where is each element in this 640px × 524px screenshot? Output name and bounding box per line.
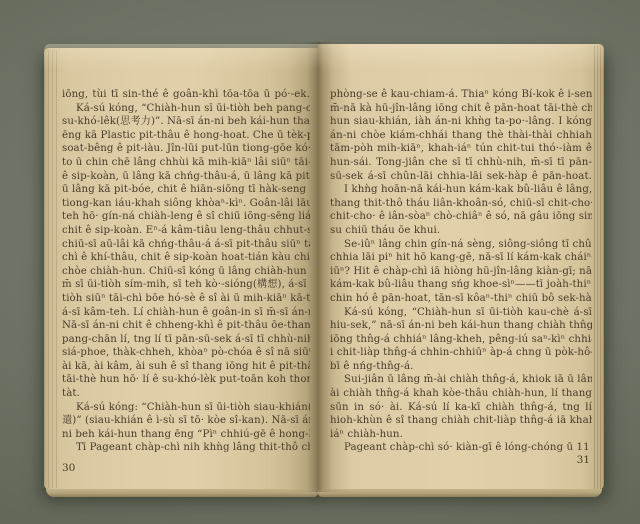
text-line: Ká-sú kóng, “Chiàh-hun sī ūi-tiòh beh pa… — [62, 102, 310, 116]
text-line: iōng, tùi tī sin-thé ê goân-khì tōa-tōa … — [62, 88, 310, 102]
text-line: Pageant chàp-chì só· kiàn-gī ê lóng-chón… — [330, 441, 592, 455]
text-line: i chit-liàp thn̂g-á chhin-chhiūⁿ àp-á ch… — [330, 346, 592, 360]
text-line: ū lâng kā pit-bóe, chit ê hiān-siōng tī … — [62, 183, 310, 197]
text-line: thang thit-thô tháu liân-khoân-só, chiū-… — [330, 197, 592, 211]
text-line: Se-iûⁿ lâng chin gín-ná sèng, siông-siôn… — [330, 238, 592, 252]
text-line: tàt. — [62, 387, 310, 401]
text-line: kám-kak bû-liâu thang sńg khoe-sìⁿ——tī j… — [330, 278, 592, 292]
text-line: Tī Pageant chàp-chì nih khǹg lâng thit-t… — [62, 441, 310, 455]
text-line: tiòh siūⁿ tāi-chì bōe hó-sè ê sî ài ū mi… — [62, 292, 310, 306]
text-line: Sui-jiân ū lâng m̄-ài chiàh thn̂g-á, khi… — [330, 373, 592, 387]
text-line: án-ni chòe kiám-chhái thang thè thài-thà… — [330, 129, 592, 143]
text-line: tāi-thè hun hō· lí ê su-khó-lèk put-toān… — [62, 373, 310, 387]
text-line: iáⁿ chiàh-hun. — [330, 428, 592, 442]
right-page: phòng-se ê kau-chiam-á. Thiaⁿ kóng Bí-ko… — [318, 44, 604, 490]
text-line: ê sip-koàn, ū lâng kā chńg-thâu-á, ū lân… — [62, 170, 310, 184]
text-line: ni beh kái-hun thang ēng “Pìⁿ chhiú-gē ê… — [62, 428, 310, 442]
text-line: ài kā, ài kâm, ài suh ê sî thang iōng hi… — [62, 360, 310, 374]
text-line: sū-sek á-sī chûn-lāi chhia-lāi sek-hàp ê… — [330, 170, 592, 184]
left-page: iōng, tùi tī sin-thé ê goân-khì tōa-tōa … — [44, 48, 318, 490]
text-line: hioh-khùn ê sî thang chiàh chit-liàp thn… — [330, 414, 592, 428]
right-page-text: phòng-se ê kau-chiam-á. Thiaⁿ kóng Bí-ko… — [330, 88, 592, 455]
text-line: pang-chān lí, tng lí tī pān-sū-sek á-sī … — [62, 333, 310, 347]
text-line: Ká-sú kóng: “Chiàh-hun sī ūi-tiòh siau-k… — [62, 401, 310, 415]
page-number-left: 30 — [62, 462, 75, 474]
text-line: I khǹg hoān-nā kái-hun kám-kak bû-liâu ê… — [330, 183, 592, 197]
text-line: tiong-kan iáu-khah siông khòaⁿ-kìⁿ. Goân… — [62, 197, 310, 211]
text-line: ài chiàh thn̂g-á khah kòe-thâu chiàh-hun… — [330, 387, 592, 401]
text-line: soat-bêng ê pit-iàu. Jîn-lūi put-lūn tio… — [62, 142, 310, 156]
text-line: chit-cho· ê iân-sòaⁿ chò-chiâⁿ ê só, nā … — [330, 210, 592, 224]
page-number-right: 31 — [328, 454, 590, 466]
text-line: m̄-nā kà hū-jîn-lâng iōng chit ê pān-hoa… — [330, 102, 592, 116]
text-line: 遣)” (siau-khián ê ì-sù sī tō· kòe sî-kan… — [62, 414, 310, 428]
text-line: to ū chin chē lâng chhùi kā mih-kiāⁿ lâi… — [62, 156, 310, 170]
text-line: m̄ sī ūi-tiòh sím-mih, sī teh kò·-sióng(… — [62, 278, 310, 292]
text-line: Ká-sú kóng, “Chiàh-hun sī ūi-tiòh kau-ch… — [330, 306, 592, 320]
text-line: phòng-se ê kau-chiam-á. Thiaⁿ kóng Bí-ko… — [330, 88, 592, 102]
text-line: su-khó-lêk(思考力)”. Nā-sī án-ni beh kái-hu… — [62, 115, 310, 129]
text-line: chin hó ê pān-hoat, tān-sī kôaⁿ-thiⁿ chi… — [330, 292, 592, 306]
text-line: chòe chiàh-hun. Chiū-sī kóng ū lâng chià… — [62, 265, 310, 279]
text-line: Nā-sī án-ni chit ê chheng-khì ê pit-thâu… — [62, 319, 310, 333]
text-line: teh hō· gín-ná chiàh-leng ê sî chiū iōng… — [62, 210, 310, 224]
left-page-text: iōng, tùi tī sin-thé ê goân-khì tōa-tōa … — [62, 88, 310, 455]
text-line: chhia lāi piⁿ hit hō kang-gē, nā-sī lí k… — [330, 251, 592, 265]
text-line: su chiū tháu ōe khui. — [330, 224, 592, 238]
text-line: iūⁿ? Hit ê chàp-chì iā hiòng hū-jîn-lâng… — [330, 265, 592, 279]
text-line: hiu-sek,” nā-sī án-ni beh kái-hun thang … — [330, 319, 592, 333]
text-line: hun siau-khián, iàh án-ni khǹg ta-po·-lâ… — [330, 115, 592, 129]
text-line: á-sī kâm-teh. Lí chiàh-hun ê goân-in sī … — [62, 306, 310, 320]
text-line: chì ê khí-thâu, chit ê sip-koàn hoat-tiá… — [62, 251, 310, 265]
text-line: siá-phoe, thàk-chheh, khòaⁿ pò-chóa ê sî… — [62, 346, 310, 360]
text-line: bī ê nńg-thn̂g-á. — [330, 360, 592, 374]
text-line: chit ê sip-koàn. Eⁿ-á kâm-tiâu leng-thâu… — [62, 224, 310, 238]
text-line: chiū-sī aū-lâi kā chńg-thâu-á á-sī pit-t… — [62, 238, 310, 252]
open-book: iōng, tùi tī sin-thé ê goân-khì tōa-tōa … — [38, 40, 610, 498]
text-line: sūn in só· ài. Ká-sú lí ka-kī chiàh thn̂… — [330, 401, 592, 415]
text-line: hun-sái. Tong-jiân che sī tī chhù-nih, m… — [330, 156, 592, 170]
text-line: iōng thn̂g-á chhiáⁿ lâng-kheh, pêng-iú s… — [330, 333, 592, 347]
text-line: tām-pòh mih-kiāⁿ, khah-iáⁿ tún chit-tui … — [330, 142, 592, 156]
text-line: ēng kā Plastic pit-thâu ê hong-hoat. Che… — [62, 129, 310, 143]
